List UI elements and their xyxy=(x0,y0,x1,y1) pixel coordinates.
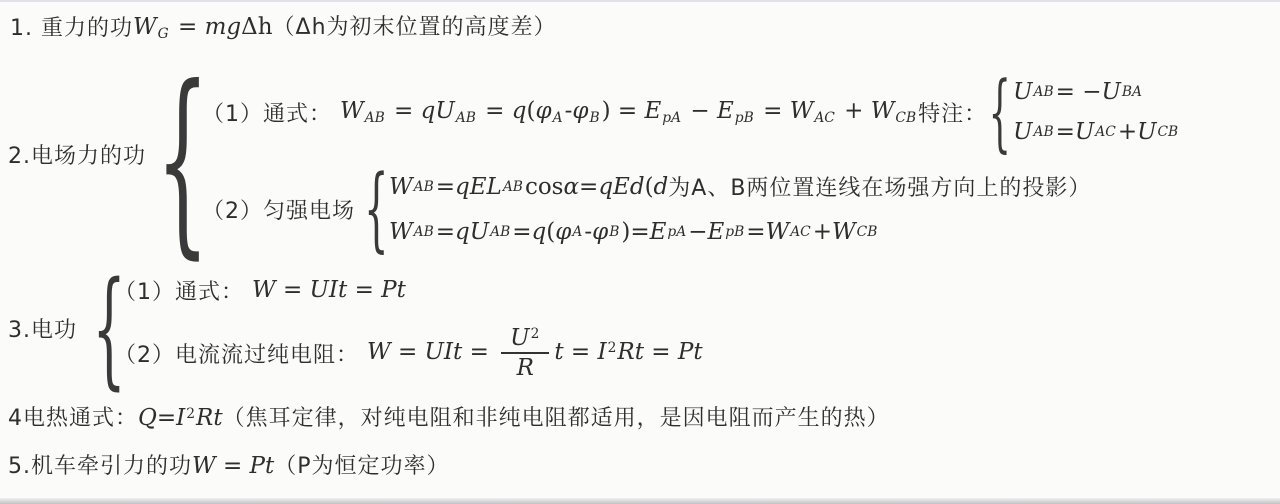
uniform-field-row2: WAB = qUAB = q(φA-φB) = EpA − EpB = WAC … xyxy=(389,209,1091,254)
line-heat-label: 4电热通式： xyxy=(8,401,138,432)
electric-item1-prefix: （1）通式： xyxy=(202,97,332,128)
special-note-label: 特注： xyxy=(918,97,987,128)
line-gravity-label: 1. 重力的功 xyxy=(10,11,133,42)
uniform-field-row1: WAB = qELAB cos α = qEd(d为A、B两位置连线在场强方向上… xyxy=(389,164,1091,209)
group-electric-work-label-row: 2.电场力的功 xyxy=(8,136,146,172)
group-electric-work-label: 2.电场力的功 xyxy=(8,139,146,170)
note-equation-2: UAB = UAC + UCB xyxy=(1013,112,1180,152)
line-heat-math: Q=I2Rt（焦耳定律，对纯电阻和非纯电阻都适用，是因电阻而产生的热） xyxy=(138,401,890,432)
note-equation-1: UAB = −UBA xyxy=(1013,72,1180,112)
electric-energy-item2-formula: W = UIt = U2Rt = I2Rt = Pt xyxy=(367,326,703,380)
line-traction-math: W = Pt（P为恒定功率） xyxy=(192,449,450,480)
uniform-field-prefix: （2）匀强电场 xyxy=(202,194,355,225)
scan-edge-top xyxy=(0,0,1280,2)
electric-work-brace: { xyxy=(166,62,200,260)
group-electric-energy-label-row: 3.电功 xyxy=(8,310,77,346)
electric-work-item2: （2）匀强电场 { WAB = qELAB cos α = qEd(d为A、B两… xyxy=(202,163,1091,255)
line-traction-label: 5.机车牵引力的功 xyxy=(8,449,192,480)
physics-notes-page: 1. 重力的功 WG = mgΔh（Δh为初末位置的高度差） 2.电场力的功 {… xyxy=(0,0,1280,504)
electric-work-item1: （1）通式： WAB = qUAB = q(φA-φB) = EpA − EpB… xyxy=(202,70,1180,154)
uniform-field-brace: { xyxy=(363,164,389,254)
electric-energy-item1: （1）通式： W = UIt = Pt xyxy=(114,272,406,308)
uniform-field-stack: WAB = qELAB cos α = qEd(d为A、B两位置连线在场强方向上… xyxy=(389,164,1091,254)
line-heat-formula: 4电热通式： Q=I2Rt（焦耳定律，对纯电阻和非纯电阻都适用，是因电阻而产生的… xyxy=(8,396,890,436)
electric-item1-formula: WAB = qUAB = q(φA-φB) = EpA − EpB = WAC … xyxy=(340,98,918,126)
line-gravity-work: 1. 重力的功 WG = mgΔh（Δh为初末位置的高度差） xyxy=(10,8,557,44)
special-note-stack: UAB = −UBA UAB = UAC + UCB xyxy=(1013,72,1180,152)
special-note-brace: { xyxy=(987,71,1013,153)
electric-energy-item2: （2）电流流过纯电阻： W = UIt = U2Rt = I2Rt = Pt xyxy=(114,316,703,390)
electric-energy-item1-formula: W = UIt = Pt xyxy=(252,277,406,303)
line-traction-work: 5.机车牵引力的功 W = Pt（P为恒定功率） xyxy=(8,444,450,484)
group-electric-energy-label: 3.电功 xyxy=(8,313,77,344)
line-gravity-formula: WG = mgΔh（Δh为初末位置的高度差） xyxy=(133,10,557,42)
electric-energy-item1-prefix: （1）通式： xyxy=(114,275,244,306)
electric-energy-item2-prefix: （2）电流流过纯电阻： xyxy=(114,338,359,369)
scan-edge-bottom xyxy=(0,498,1280,504)
